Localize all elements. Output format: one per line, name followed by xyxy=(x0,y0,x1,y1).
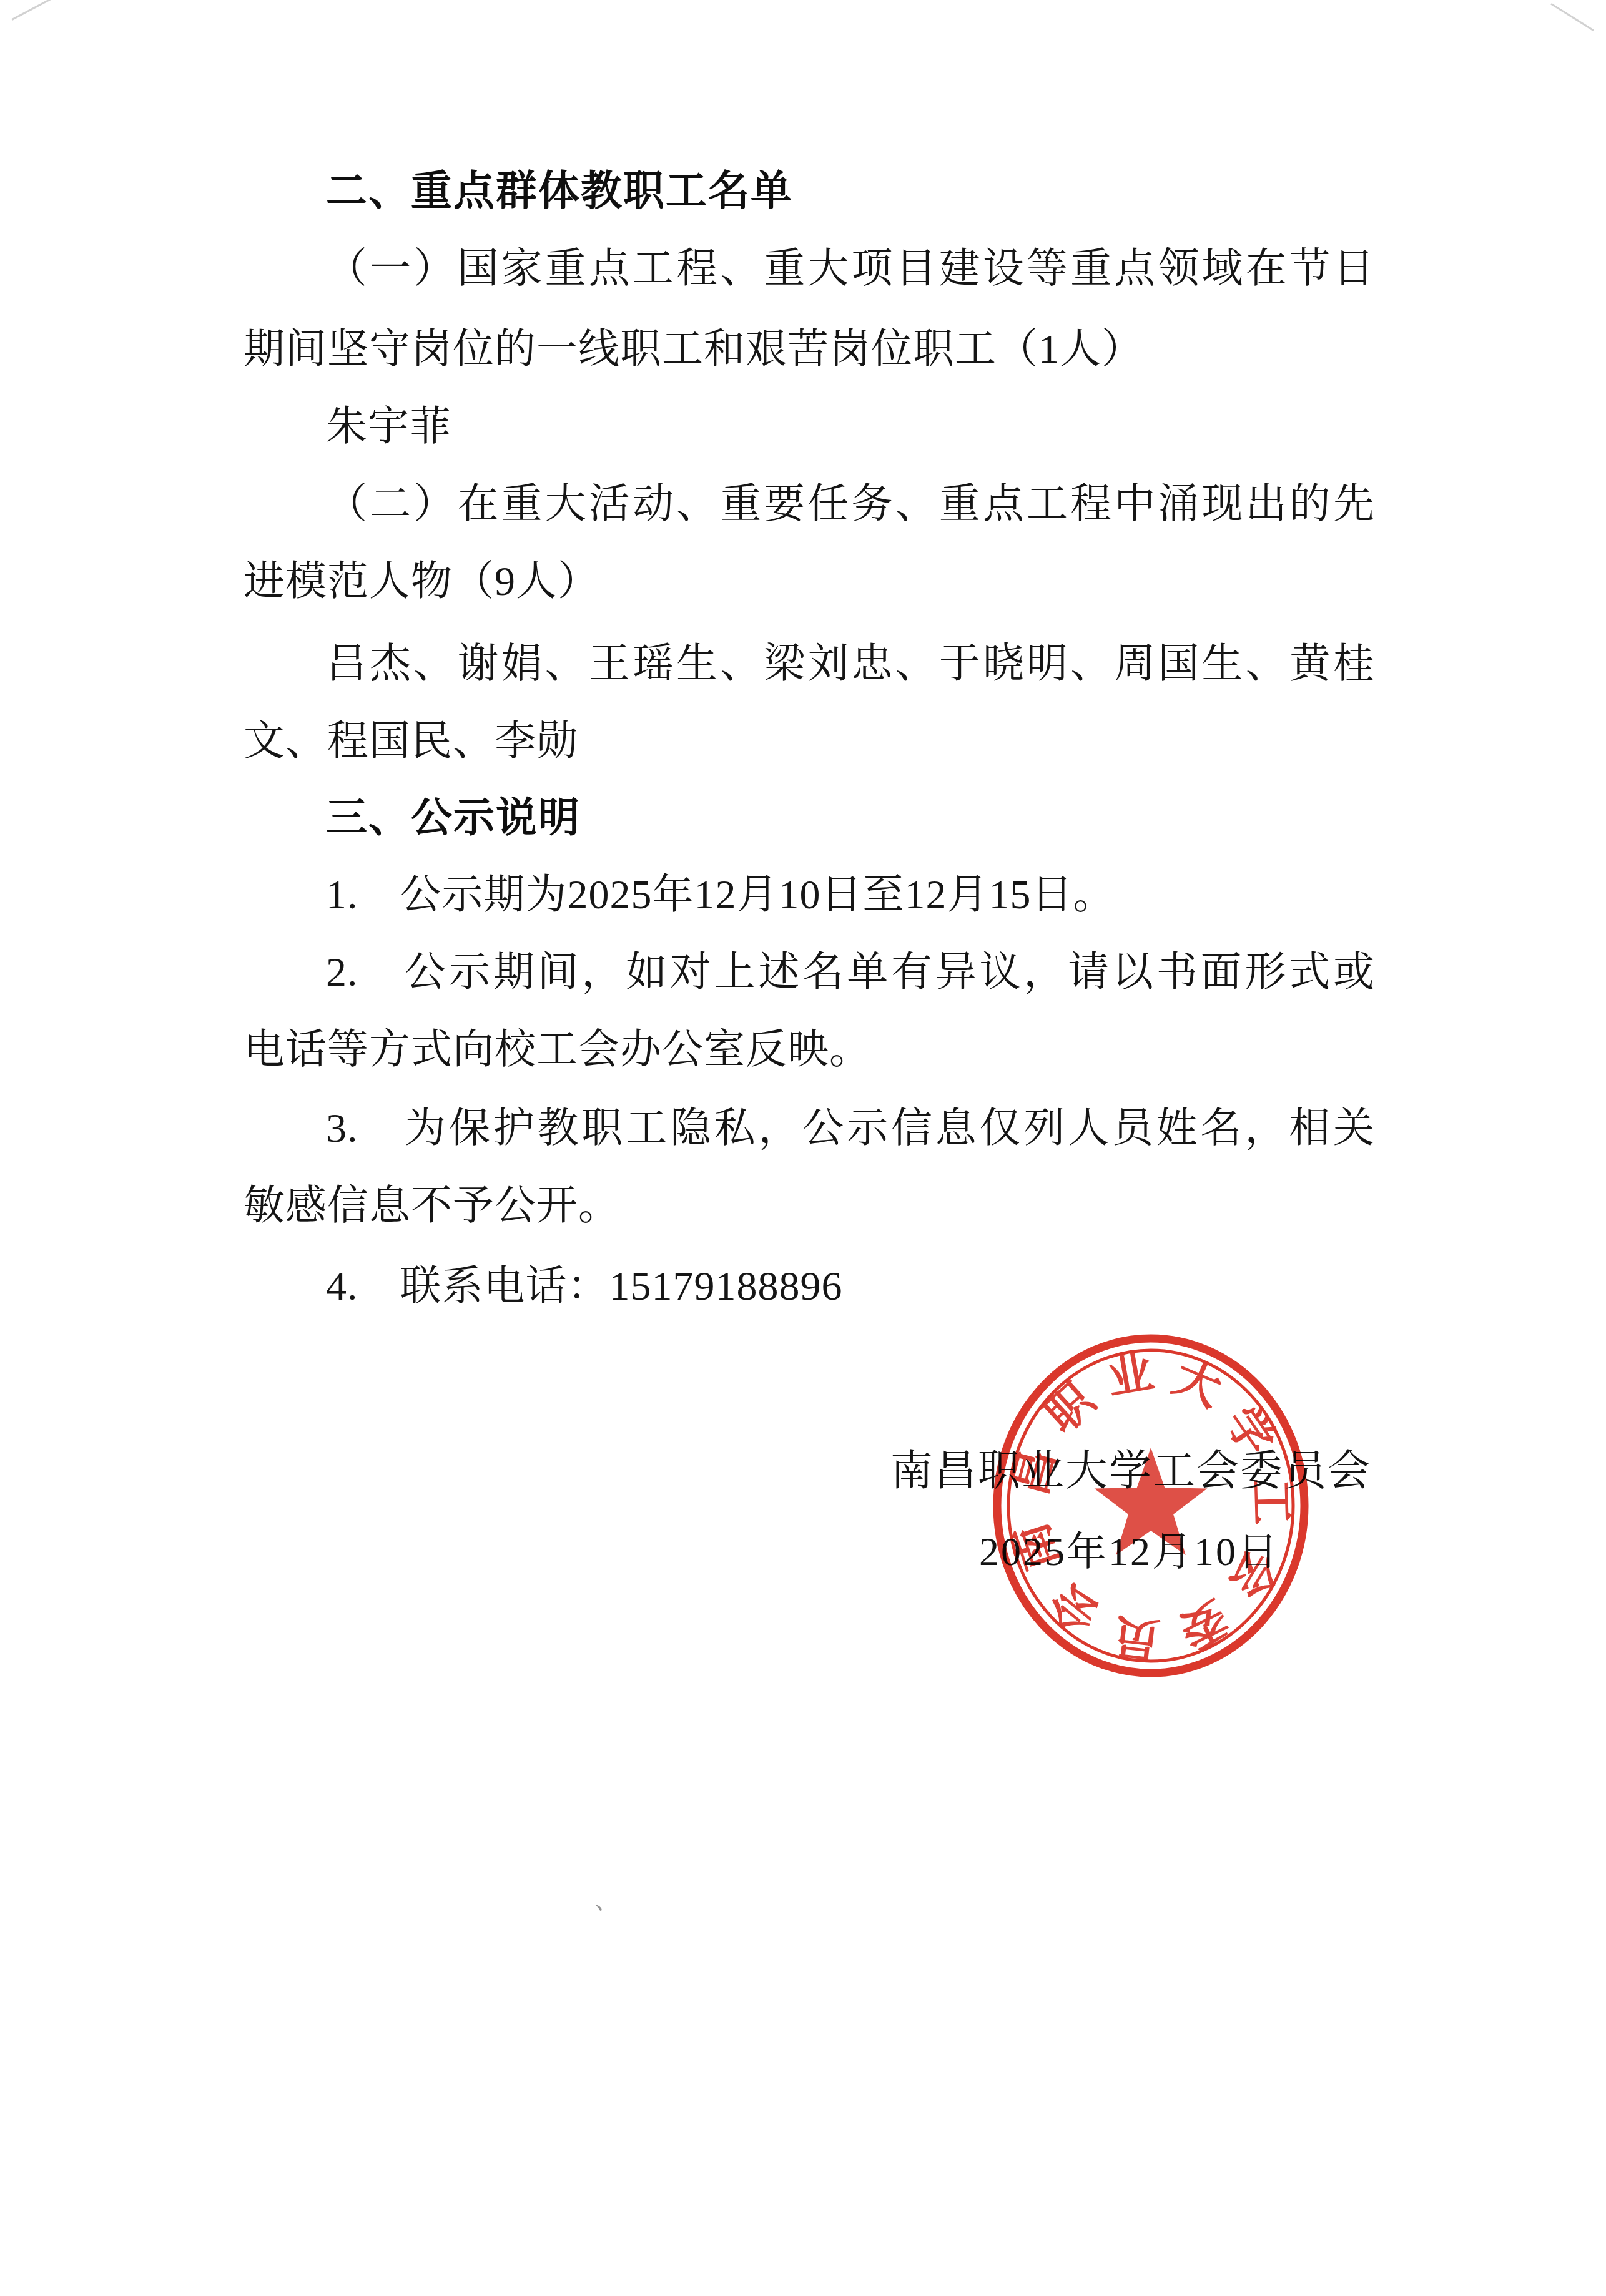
paragraph-b-line2: 进模范人物（9人） xyxy=(244,551,1375,613)
note-4-phone: 4. 联系电话：15179188896 xyxy=(244,1255,1375,1318)
note-3-line2: 敏感信息不予公开。 xyxy=(244,1175,1375,1237)
note-2-line1: 2. 公示期间，如对上述名单有异议，请以书面形式或 xyxy=(244,941,1375,1004)
paragraph-a-line2: 期间坚守岗位的一线职工和艰苦岗位职工（1人） xyxy=(244,318,1375,381)
scan-artifact-top-left xyxy=(11,0,59,21)
scanned-notice-page: 二、重点群体教职工名单 （一）国家重点工程、重大项目建设等重点领域在节日 期间坚… xyxy=(0,0,1606,2296)
paragraph-a-line1: （一）国家重点工程、重大项目建设等重点领域在节日 xyxy=(244,238,1375,300)
note-2-line2: 电话等方式向校工会办公室反映。 xyxy=(244,1019,1375,1081)
note-3-line1: 3. 为保护教职工隐私，公示信息仅列人员姓名，相关 xyxy=(244,1097,1375,1160)
scan-artifact-stray-mark: 、 xyxy=(594,1880,619,1916)
seal-ring-char: 昌 xyxy=(1003,1443,1065,1501)
seal-ring-char: 工 xyxy=(1244,1478,1298,1526)
section3-heading: 三、公示说明 xyxy=(244,786,1375,848)
note-1: 1. 公示期为2025年12月10日至12月15日。 xyxy=(244,864,1375,926)
official-seal: 南昌职业大学工会委员会 xyxy=(990,1333,1312,1678)
seal-ring-char: 员 xyxy=(1108,1609,1163,1666)
scan-artifact-top-right xyxy=(1550,3,1594,31)
seal-ring-char: 南 xyxy=(1004,1517,1068,1577)
honoree-names-line1: 吕杰、谢娟、王瑶生、梁刘忠、于晓明、周国生、黄桂 xyxy=(244,633,1375,695)
honoree-name-single: 朱宇菲 xyxy=(244,396,1375,458)
seal-ring-char: 业 xyxy=(1103,1345,1158,1404)
paragraph-b-line1: （二）在重大活动、重要任务、重点工程中涌现出的先 xyxy=(244,473,1375,536)
section2-heading: 二、重点群体教职工名单 xyxy=(244,159,1375,222)
honoree-names-line2: 文、程国民、李勋 xyxy=(244,710,1375,773)
seal-star-icon xyxy=(1095,1448,1208,1555)
